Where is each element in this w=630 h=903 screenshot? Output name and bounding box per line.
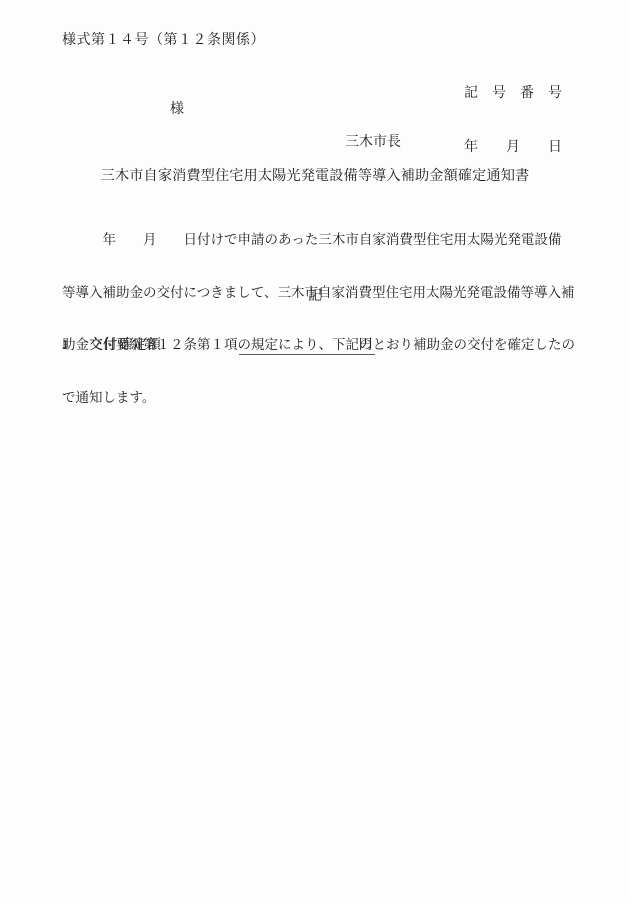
body-line: で通知します。	[62, 389, 582, 407]
item-number: 1	[62, 338, 69, 354]
document-page: 様式第１４号（第１２条関係） 記 号 番 号 年 月 日 様 三木市長 三木市自…	[0, 0, 630, 903]
form-number: 様式第１４号（第１２条関係）	[62, 29, 265, 49]
body-line: 年 月 日付けで申請のあった三木市自家消費型住宅用太陽光発電設備	[62, 231, 582, 249]
amount-blank-field: 円	[239, 334, 375, 355]
currency-unit: 円	[359, 338, 373, 353]
date-line: 年 月 日	[464, 139, 562, 157]
reference-number-line: 記 号 番 号	[464, 85, 562, 103]
addressee-suffix: 様	[170, 98, 184, 118]
item-row-confirmed-amount: 1 交付確定額 円	[62, 334, 375, 355]
document-title: 三木市自家消費型住宅用太陽光発電設備等導入補助金額確定通知書	[0, 165, 630, 185]
sender-name: 三木市長	[345, 131, 401, 151]
record-marker: 記	[0, 285, 630, 305]
item-label: 交付確定額	[89, 334, 162, 354]
body-paragraph: 年 月 日付けで申請のあった三木市自家消費型住宅用太陽光発電設備 等導入補助金の…	[62, 196, 582, 441]
